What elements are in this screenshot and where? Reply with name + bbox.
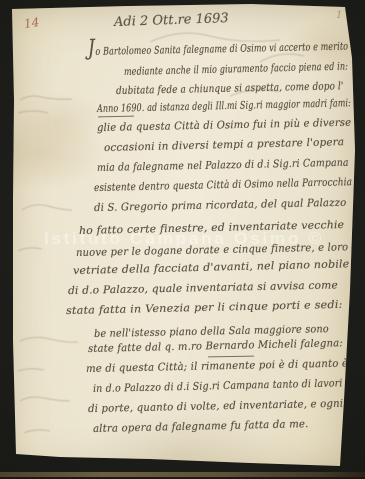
manuscript-line: di d.o Palazzo, quale inventariata si av…: [68, 279, 338, 297]
photo-background: 14 1 Adi 2 Ott.re 1693 Jo Bartolomeo San…: [0, 0, 365, 479]
underline-name: [208, 356, 254, 358]
corner-mark: 1: [336, 10, 342, 21]
manuscript-line: di porte, quanto di volte, ed inventaria…: [88, 398, 343, 415]
manuscript-line: mediante anche il mio giuramento faccio …: [124, 61, 348, 78]
underline-anno: [98, 116, 134, 118]
manuscript-line: glie da questa Città di Osimo fui in più…: [97, 117, 352, 134]
manuscript-line: dubitata fede a chiunque si aspetta, com…: [116, 80, 344, 97]
manuscript-line: altra opera da falegname fu fatta da me.: [93, 418, 309, 435]
manuscript-line: Jo Bartolomeo Sanita falegname di Osimo …: [88, 39, 348, 58]
manuscript-line: stata fatta in Venezia per li cinque por…: [66, 299, 343, 317]
manuscript-line: state fatte dal q. m.ro Bernardo Micheli…: [88, 337, 343, 355]
date-heading: Adi 2 Ott.re 1693: [114, 11, 229, 30]
surface-edge-strip: [0, 472, 365, 477]
manuscript-line: vetriate della facciata d'avanti, nel pi…: [73, 258, 350, 277]
manuscript-line: occasioni in diversi tempi a prestare l'…: [104, 136, 345, 154]
manuscript-line: in d.o Palazzo di d.i Sig.ri Campana tan…: [93, 377, 343, 395]
manuscript-line: esistente dentro questa Città di Osimo n…: [94, 176, 352, 194]
manuscript-line: mia da falegname nel Palazzo di d.i Sig.…: [97, 157, 349, 174]
manuscript-line: me di questa Città; il rimanente poi è d…: [86, 358, 348, 375]
manuscript-line: di S. Gregorio prima ricordata, del qual…: [94, 197, 347, 214]
folio-number: 14: [23, 15, 40, 31]
manuscript-line: Anno 1690. ad istanza degli Ill.mi Sig.r…: [97, 97, 351, 115]
watermark-text: Istituto Campana Osimo ©: [44, 229, 324, 249]
